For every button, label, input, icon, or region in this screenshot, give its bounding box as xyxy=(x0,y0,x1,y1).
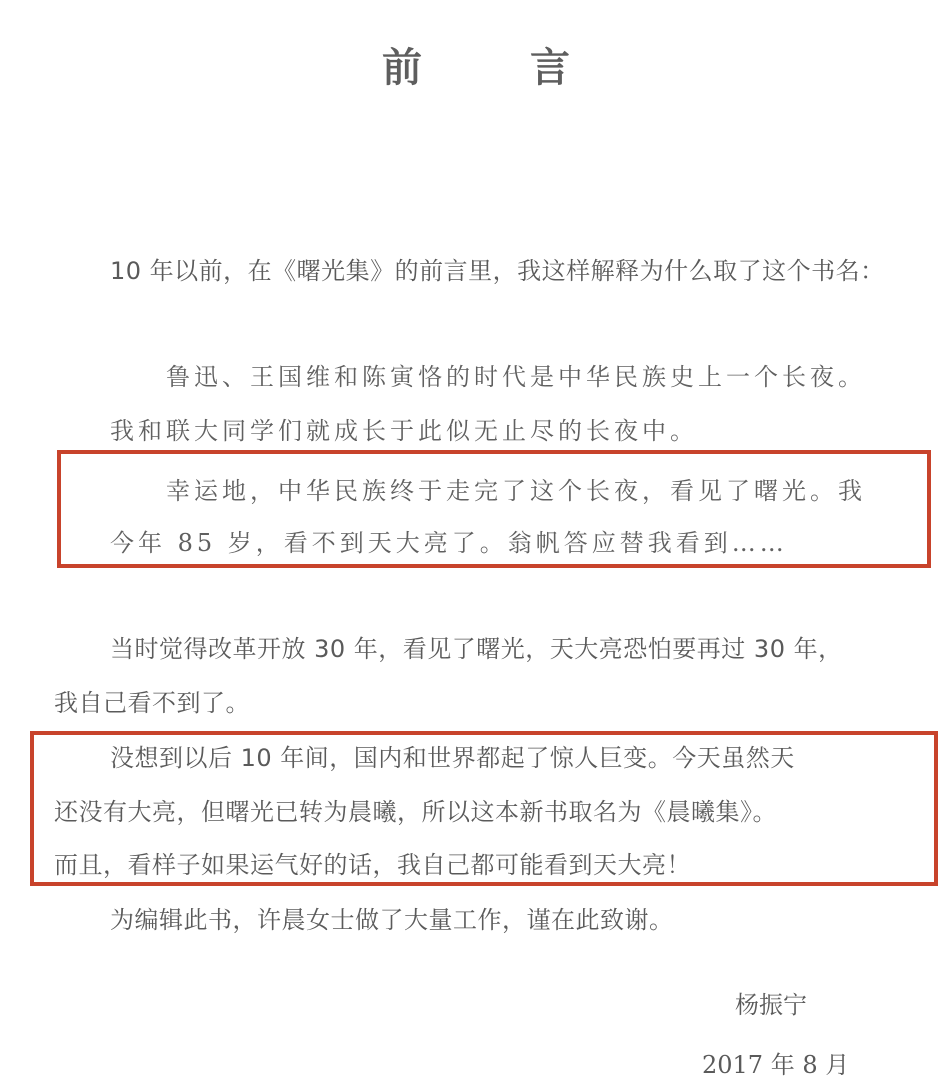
p3-line3: 而且，看样子如果运气好的话，我自己都可能看到天大亮！ xyxy=(54,850,691,880)
quote2-line1: 幸运地，中华民族终于走完了这个长夜，看见了曙光。我 xyxy=(166,476,866,506)
p3-line2: 还没有大亮，但曙光已转为晨曦，所以这本新书取名为《晨曦集》。 xyxy=(54,797,777,827)
p2-line1: 当时觉得改革开放 30 年，看见了曙光，天大亮恐怕要再过 30 年， xyxy=(110,634,843,664)
quote1-line2: 我和联大同学们就成长于此似无止尽的长夜中。 xyxy=(110,416,698,446)
intro-paragraph: 10 年以前，在《曙光集》的前言里，我这样解释为什么取了这个书名： xyxy=(110,256,885,286)
title-char-1: 前 xyxy=(382,36,422,93)
p2-line2: 我自己看不到了。 xyxy=(54,688,250,718)
title-char-2: 言 xyxy=(530,36,570,93)
p4-line1: 为编辑此书，许晨女士做了大量工作，谨在此致谢。 xyxy=(110,905,674,935)
quote1-line1: 鲁迅、王国维和陈寅恪的时代是中华民族史上一个长夜。 xyxy=(166,362,866,392)
p3-line1: 没想到以后 10 年间，国内和世界都起了惊人巨变。今天虽然天 xyxy=(110,743,795,773)
page-title: 前言 xyxy=(0,36,952,93)
signature-author: 杨振宁 xyxy=(735,985,807,1020)
quote2-line2: 今年 85 岁，看不到天大亮了。翁帆答应替我看到…… xyxy=(110,528,788,558)
signature-date: 2017 年 8 月 xyxy=(702,1045,849,1080)
